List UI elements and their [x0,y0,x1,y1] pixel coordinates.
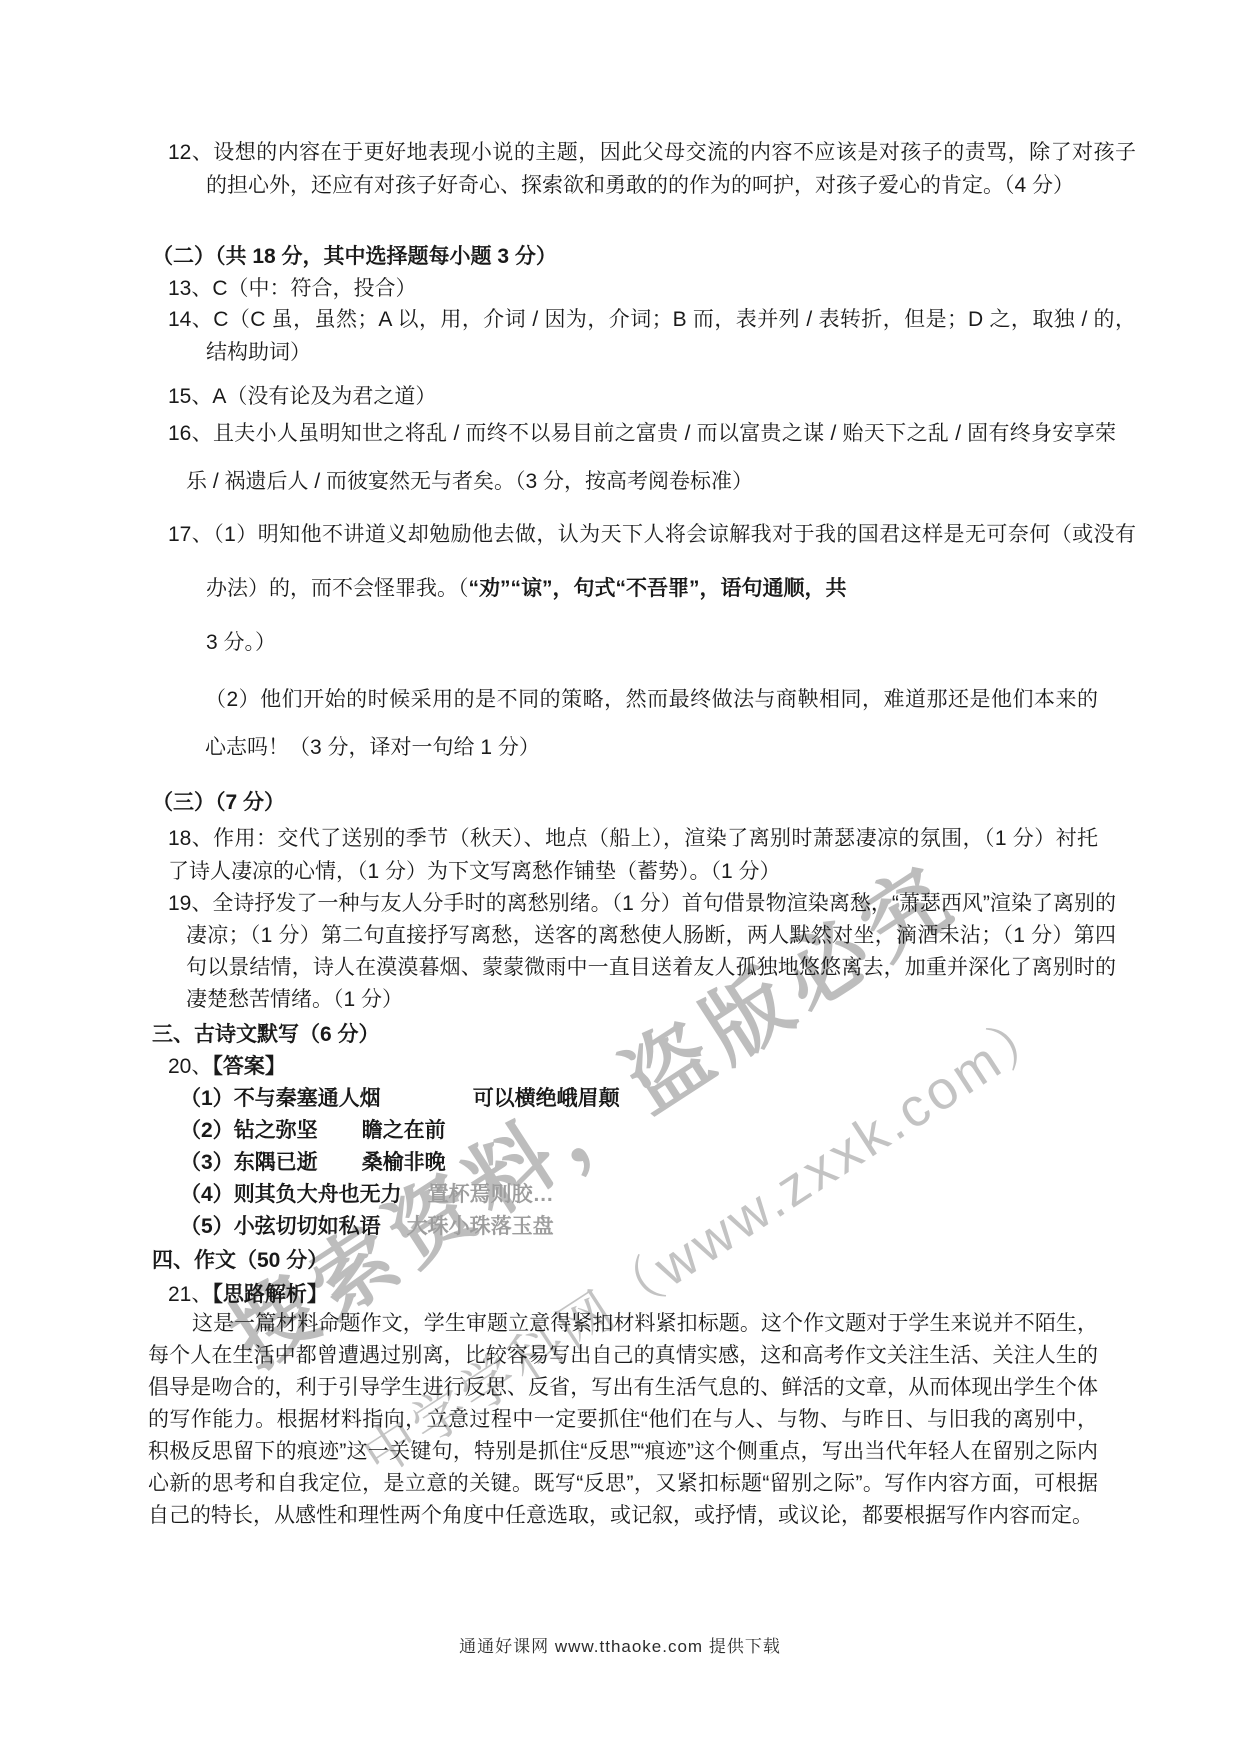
answer-20-number: 20、 [168,1055,212,1078]
dictation-section-heading: 三、古诗文默写（6 分） [152,1018,1082,1051]
dictation-answer-3-number: （3） [180,1151,234,1174]
download-footer: 通通好课网 www.tthaoke.com 提供下载 [0,1632,1240,1657]
section-3-heading: （三）（7 分） [152,786,1082,819]
answer-key-content: 12、设想的内容在于更好地表现小说的主题，因此父母交流的内容不应该是对孩子的责骂… [0,0,1240,1754]
answer-17-1-tail: 3 分。） [206,631,276,654]
dictation-answer-5-part1: 小弦切切如私语 [234,1215,381,1238]
dictation-answer-1-number: （1） [180,1087,234,1110]
dictation-answer-5-number: （5） [180,1215,234,1238]
essay-section-heading: 四、作文（50 分） [152,1244,1082,1277]
answer-17-1: 17、（1）明知他不讲道义却勉励他去做，认为天下人将会谅解我对于我的国君这样是无… [168,508,1136,670]
dictation-answer-3-part2: 桑榆非晚 [362,1151,446,1174]
dictation-answer-1-part1: 不与秦塞通人烟 [234,1087,381,1110]
dictation-answer-4-part2: 置杯焉则胶… [428,1183,554,1206]
dictation-answer-3-part1: 东隅已逝 [234,1151,318,1174]
document-page: 搜索资料，盗版必究 中学学科网（www.zxxk.com） 12、设想的内容在于… [0,0,1240,1754]
dictation-answer-2-part2: 瞻之在前 [362,1119,446,1142]
answer-20-title: 【答案】 [212,1055,286,1078]
dictation-answer-5: （5）小弦切切如私语大珠小珠落玉盘 [180,1210,1110,1243]
answer-16: 16、且夫小人虽明知世之将乱 / 而终不以易目前之富贵 / 而以富贵之谋 / 贻… [168,410,1116,506]
answer-17-1-emphasis: “劝”“谅”，句式“不吾罪”，语句通顺，共 [469,577,847,600]
dictation-answer-5-part2: 大珠小珠落玉盘 [407,1215,554,1238]
dictation-answer-4-number: （4） [180,1183,234,1206]
answer-19: 19、全诗抒发了一种与友人分手时的离愁别绪。（1 分）首句借景物渲染离愁，“萧瑟… [168,888,1116,1016]
dictation-answer-2-part1: 钻之弥坚 [234,1119,318,1142]
section-2-heading: （二）（共 18 分，其中选择题每小题 3 分） [152,240,1082,273]
dictation-answer-1: （1）不与秦塞通人烟可以横绝峨眉颠 [180,1082,1110,1115]
dictation-answer-2-number: （2） [180,1119,234,1142]
answer-21-label: 21、【思路解析】 [168,1278,1098,1311]
answer-13: 13、C（中：符合，投合） [168,272,1098,305]
answer-20-label: 20、【答案】 [168,1050,1098,1083]
dictation-answer-2: （2）钻之弥坚瞻之在前 [180,1114,1110,1147]
essay-analysis-paragraph: 这是一篇材料命题作文，学生审题立意得紧扣材料紧扣标题。这个作文题对于学生来说并不… [148,1308,1098,1532]
answer-12: 12、设想的内容在于更好地表现小说的主题，因此父母交流的内容不应该是对孩子的责骂… [168,136,1136,202]
dictation-answer-3: （3）东隅已逝桑榆非晚 [180,1146,1110,1179]
dictation-answer-4: （4）则其负大舟也无力置杯焉则胶… [180,1178,1110,1211]
dictation-answer-1-part2: 可以横绝峨眉颠 [473,1087,620,1110]
dictation-answer-4-part1: 则其负大舟也无力 [234,1183,402,1206]
answer-15: 15、A（没有论及为君之道） [168,380,1098,413]
answer-21-number: 21、 [168,1283,212,1306]
answer-17-2: （2）他们开始的时候采用的是不同的策略，然而最终做法与商鞅相同，难道那还是他们本… [205,676,1098,772]
answer-21-title: 【思路解析】 [212,1283,328,1306]
answer-18: 18、作用：交代了送别的季节（秋天）、地点（船上），渲染了离别时萧瑟凄凉的氛围，… [168,822,1098,888]
answer-14: 14、C（C 虽，虽然；A 以，用，介词 / 因为，介词；B 而，表并列 / 表… [168,303,1136,369]
